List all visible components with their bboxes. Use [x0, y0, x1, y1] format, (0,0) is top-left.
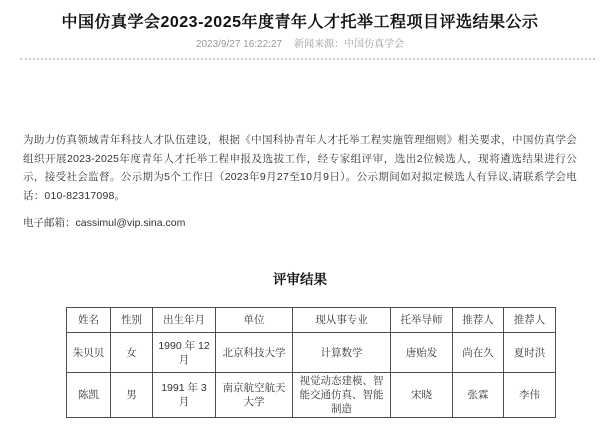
publish-datetime: 2023/9/27 16:22:27 — [196, 39, 282, 50]
column-header: 托举导师 — [391, 308, 453, 333]
column-header: 性别 — [111, 308, 153, 333]
article-meta: 2023/9/27 16:22:27新闻来源：中国仿真学会 — [0, 38, 600, 52]
table-cell: 唐贻发 — [391, 333, 453, 373]
column-header: 出生年月 — [153, 308, 216, 333]
column-header: 推荐人 — [504, 308, 556, 333]
column-header: 现从事专业 — [293, 308, 391, 333]
source-label: 新闻来源： — [294, 39, 344, 50]
results-table: 姓名性别出生年月单位现从事专业托举导师推荐人推荐人 朱贝贝女1990 年 12 … — [66, 307, 556, 418]
dotted-divider — [20, 58, 595, 60]
table-cell: 计算数学 — [293, 333, 391, 373]
table-cell: 张霖 — [453, 373, 504, 418]
table-cell: 1990 年 12 月 — [153, 333, 216, 373]
column-header: 姓名 — [67, 308, 111, 333]
results-table-body: 朱贝贝女1990 年 12 月北京科技大学计算数学唐贻发尚在久夏时洪陈凯男199… — [67, 333, 556, 418]
article-body: 为助力仿真领域青年科技人才队伍建设，根据《中国科协青年人才托举工程实施管理细则》… — [0, 131, 600, 288]
article-header: 中国仿真学会2023-2025年度青年人才托举工程项目评选结果公示 2023/9… — [0, 0, 600, 52]
table-cell: 南京航空航天大学 — [216, 373, 293, 418]
table-cell: 夏时洪 — [504, 333, 556, 373]
page-title: 中国仿真学会2023-2025年度青年人才托举工程项目评选结果公示 — [0, 12, 600, 34]
column-header: 推荐人 — [453, 308, 504, 333]
table-row: 朱贝贝女1990 年 12 月北京科技大学计算数学唐贻发尚在久夏时洪 — [67, 333, 556, 373]
column-header: 单位 — [216, 308, 293, 333]
table-cell: 尚在久 — [453, 333, 504, 373]
table-cell: 宋晓 — [391, 373, 453, 418]
source-name: 中国仿真学会 — [344, 39, 404, 50]
results-table-head: 姓名性别出生年月单位现从事专业托举导师推荐人推荐人 — [67, 308, 556, 333]
email-address: cassimul@vip.sina.com — [76, 217, 186, 229]
table-cell: 男 — [111, 373, 153, 418]
email-label: 电子邮箱： — [23, 217, 76, 229]
table-row: 陈凯男1991 年 3 月南京航空航天大学视觉动态建模、智能交通仿真、智能制造宋… — [67, 373, 556, 418]
table-cell: 1991 年 3 月 — [153, 373, 216, 418]
table-cell: 女 — [111, 333, 153, 373]
table-cell: 北京科技大学 — [216, 333, 293, 373]
announcement-paragraph: 为助力仿真领域青年科技人才队伍建设，根据《中国科协青年人才托举工程实施管理细则》… — [23, 131, 577, 205]
results-heading: 评审结果 — [23, 272, 577, 288]
table-cell: 陈凯 — [67, 373, 111, 418]
email-line: 电子邮箱：cassimul@vip.sina.com — [23, 216, 577, 230]
table-cell: 朱贝贝 — [67, 333, 111, 373]
announcement-page: 中国仿真学会2023-2025年度青年人才托举工程项目评选结果公示 2023/9… — [0, 0, 600, 427]
table-cell: 李伟 — [504, 373, 556, 418]
table-header-row: 姓名性别出生年月单位现从事专业托举导师推荐人推荐人 — [67, 308, 556, 333]
table-cell: 视觉动态建模、智能交通仿真、智能制造 — [293, 373, 391, 418]
